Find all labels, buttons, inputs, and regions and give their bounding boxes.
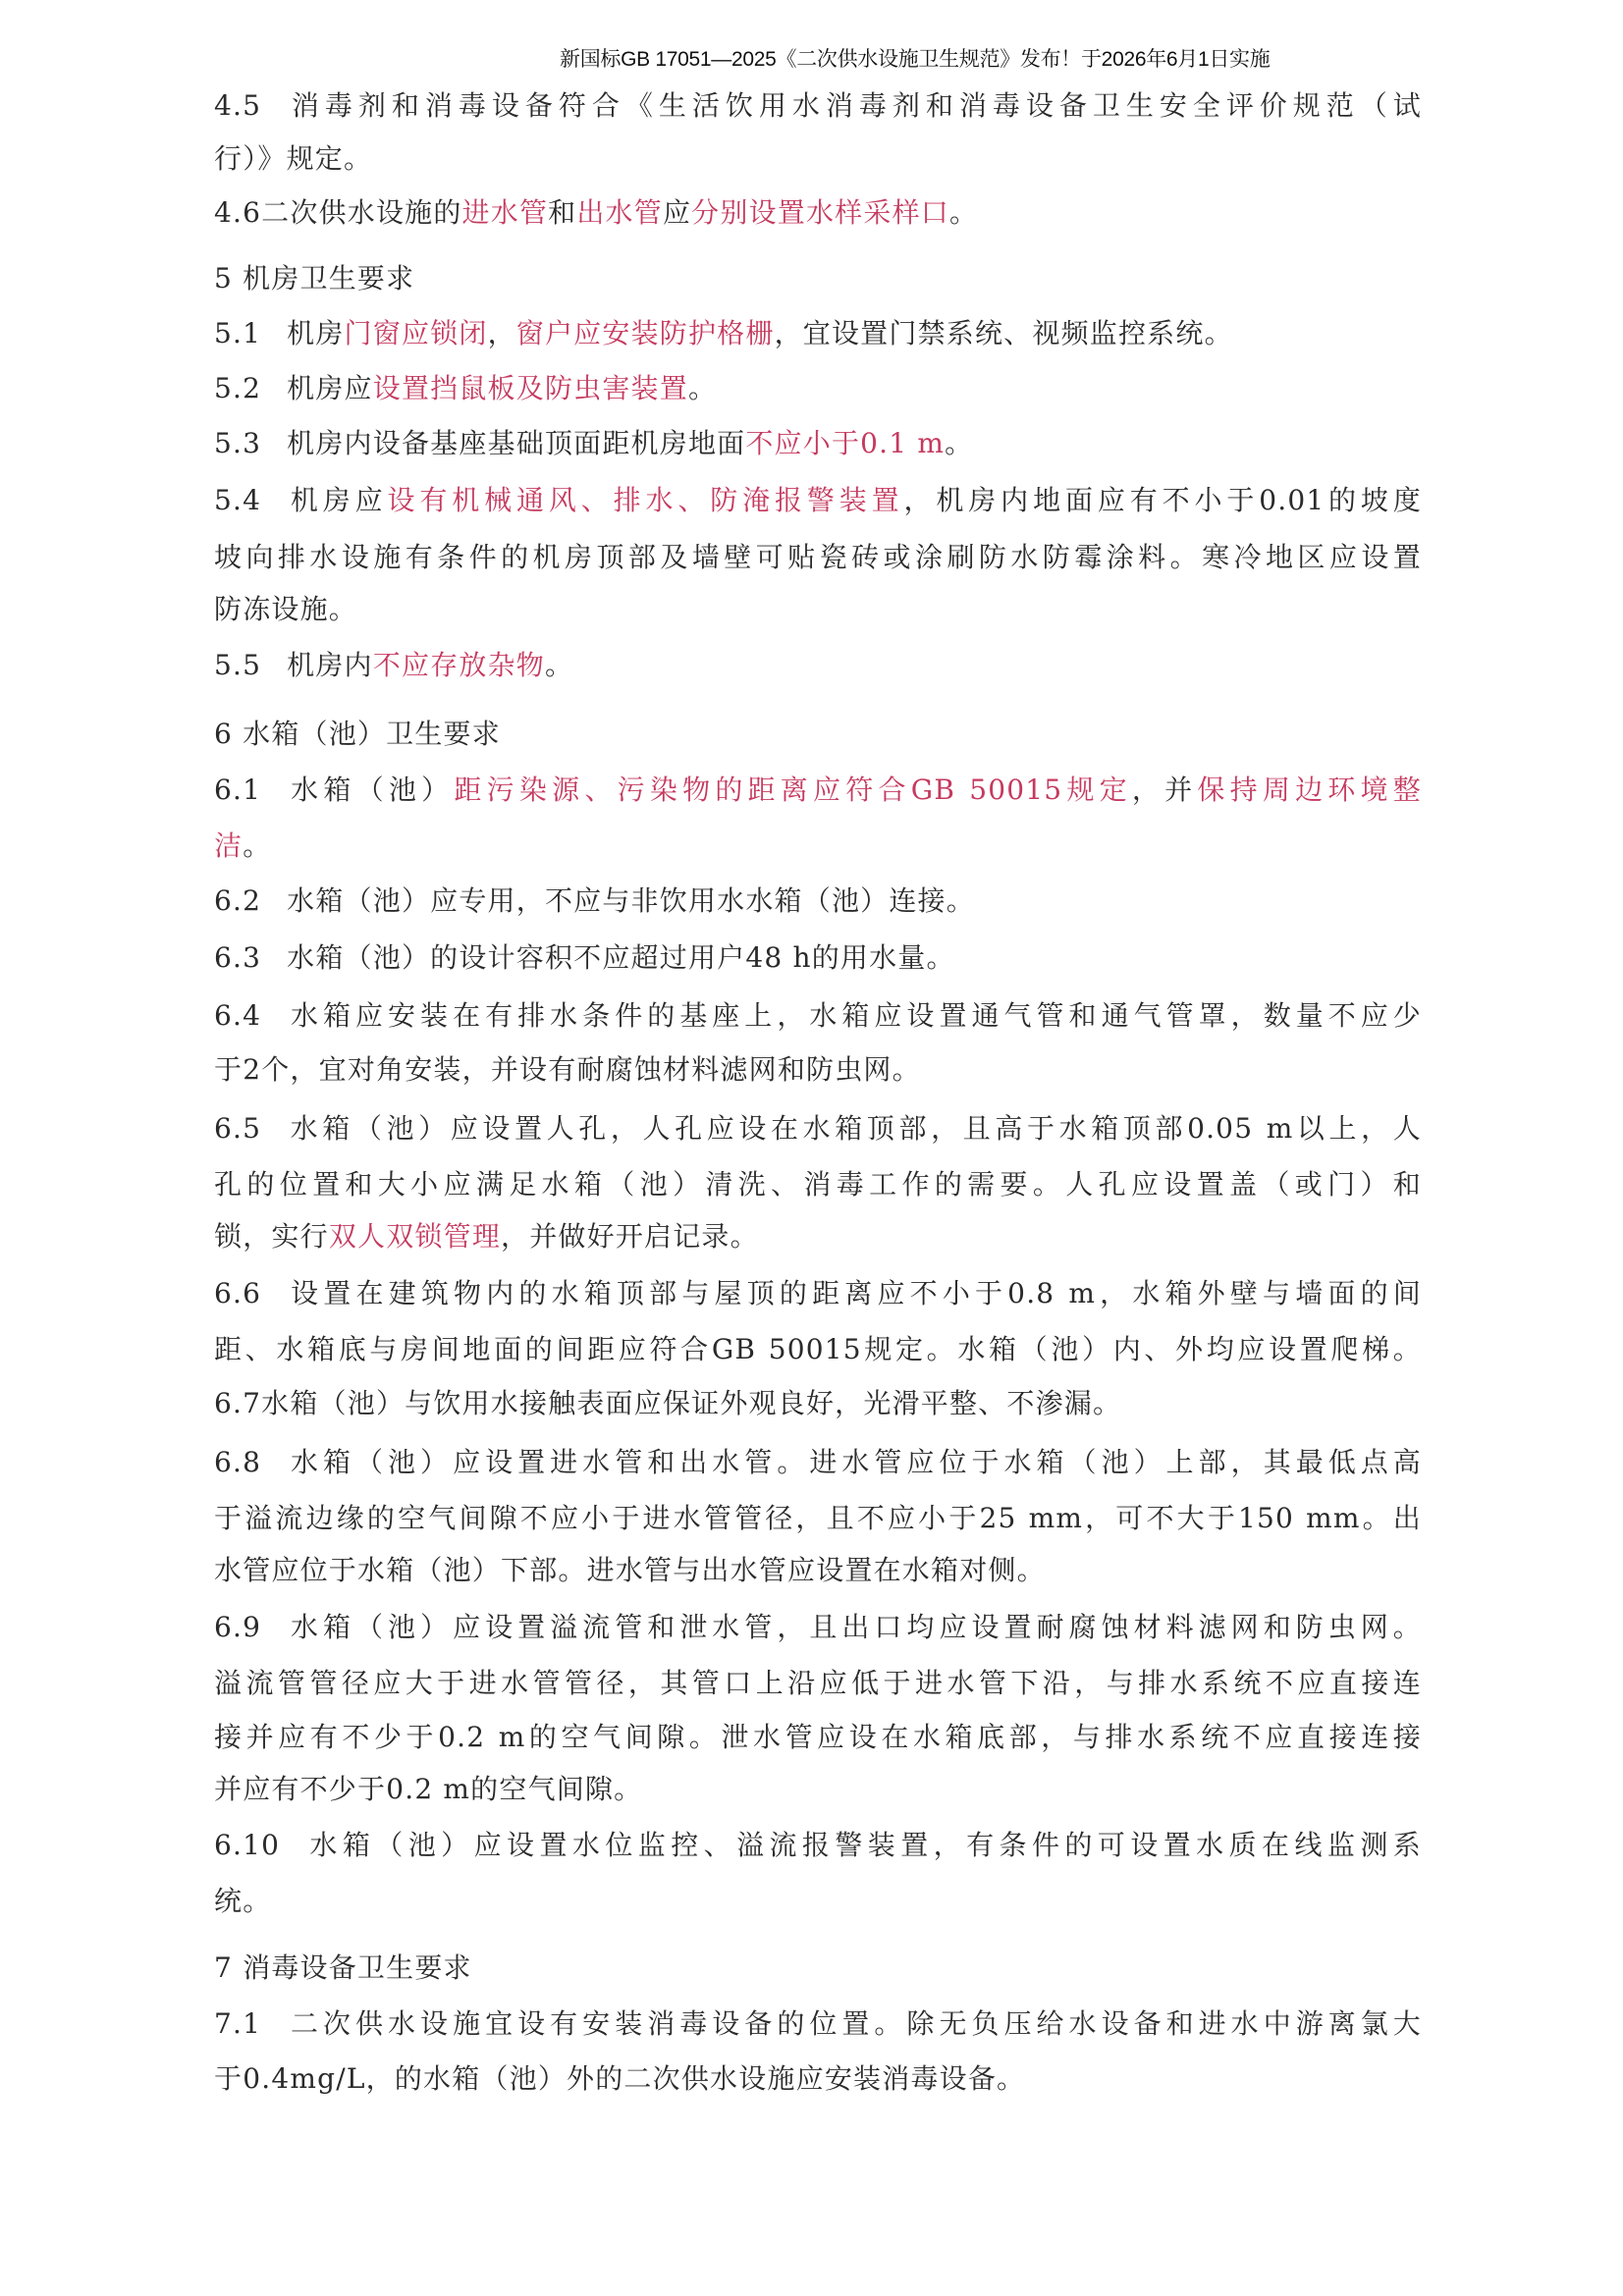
text-segment: 。 (243, 829, 271, 862)
text-segment: ，宜设置门禁系统、视频监控系统。 (775, 317, 1233, 349)
clause-number: 5.1 (214, 317, 261, 349)
text-line: 6 水箱（池）卫生要求 (214, 717, 1422, 752)
text-segment: 水箱（池）的设计容积不应超过用户48 h的用水量。 (287, 941, 955, 974)
text-segment: 锁，实行 (214, 1220, 329, 1253)
clause-number: 4.6 (214, 196, 261, 229)
text-line: 锁，实行双人双锁管理，并做好开启记录。 (214, 1219, 1422, 1255)
text-line: 于0.4mg/L，的水箱（池）外的二次供水设施应安装消毒设备。 (214, 2061, 1422, 2097)
text-line: 于溢流边缘的空气间隙不应小于进水管管径，且不应小于25 mm，可不大于150 m… (214, 1501, 1422, 1536)
text-segment: 。 (688, 372, 717, 404)
text-segment: ，并 (1132, 774, 1197, 806)
text-segment: 行）》规定。 (214, 142, 372, 175)
text-line: 6.2水箱（池）应专用，不应与非饮用水水箱（池）连接。 (214, 883, 1422, 919)
highlighted-text: 出水管 (576, 196, 663, 229)
text-line: 溢流管管径应大于进水管管径，其管口上沿应低于进水管下沿，与排水系统不应直接连 (214, 1666, 1422, 1701)
text-line: 防冻设施。 (214, 592, 1422, 627)
text-line: 5.1机房门窗应锁闭，窗户应安装防护格栅，宜设置门禁系统、视频监控系统。 (214, 316, 1422, 351)
text-line: 孔的位置和大小应满足水箱（池）清洗、消毒工作的需要。人孔应设置盖（或门）和 (214, 1167, 1422, 1202)
text-line: 距、水箱底与房间地面的间距应符合GB 50015规定。水箱（池）内、外均应设置爬… (214, 1332, 1422, 1367)
text-segment: 水箱（池）应设置溢流管和泄水管，且出口均应设置耐腐蚀材料滤网和防虫网。 (287, 1611, 1422, 1643)
highlighted-text: 洁 (214, 829, 243, 862)
highlighted-text: 不应存放杂物 (373, 649, 545, 681)
highlighted-text: 不应小于0.1 m (745, 427, 945, 459)
text-segment: ，机房内地面应有不小于0.01的坡度 (904, 484, 1422, 516)
text-line: 4.6二次供水设施的进水管和出水管应分别设置水样采样口。 (214, 195, 1422, 231)
text-segment: 水管应位于水箱（池）下部。进水管与出水管应设置在水箱对侧。 (214, 1554, 1046, 1586)
text-segment: 防冻设施。 (214, 593, 357, 625)
clause-number: 6.2 (214, 884, 261, 917)
text-line: 6.7水箱（池）与饮用水接触表面应保证外观良好，光滑平整、不渗漏。 (214, 1386, 1422, 1421)
highlighted-text: 保持周边环境整 (1197, 774, 1422, 806)
highlighted-text: 设有机械通风、排水、防淹报警装置 (387, 484, 903, 516)
highlighted-text: 门窗应锁闭 (345, 317, 488, 349)
text-line: 坡向排水设施有条件的机房顶部及墙壁可贴瓷砖或涂刷防水防霉涂料。寒冷地区应设置 (214, 540, 1422, 575)
text-segment: 于0.4mg/L，的水箱（池）外的二次供水设施应安装消毒设备。 (214, 2062, 1025, 2095)
highlighted-text: 距污染源、污染物的距离应符合GB 50015规定 (454, 774, 1131, 806)
text-line: 于2个，宜对角安装，并设有耐腐蚀材料滤网和防虫网。 (214, 1052, 1422, 1088)
text-segment: 水箱（池）应设置人孔，人孔应设在水箱顶部，且高于水箱顶部0.05 m以上，人 (287, 1112, 1422, 1145)
text-line: 6.1水箱（池）距污染源、污染物的距离应符合GB 50015规定，并保持周边环境… (214, 773, 1422, 808)
text-segment: 二次供水设施的 (261, 196, 461, 229)
text-segment: 水箱（池）应设置进水管和出水管。进水管应位于水箱（池）上部，其最低点高 (287, 1446, 1422, 1478)
clause-number: 5.3 (214, 427, 261, 459)
text-segment: 统。 (214, 1885, 271, 1917)
text-segment: 坡向排水设施有条件的机房顶部及墙壁可贴瓷砖或涂刷防水防霉涂料。寒冷地区应设置 (214, 541, 1422, 573)
clause-number: 5.4 (214, 484, 261, 516)
text-segment: 水箱（池）应专用，不应与非饮用水水箱（池）连接。 (287, 884, 975, 917)
clause-number: 6.4 (214, 999, 261, 1032)
highlighted-text: 双人双锁管理 (329, 1220, 501, 1253)
text-line: 4.5消毒剂和消毒设备符合《生活饮用水消毒剂和消毒设备卫生安全评价规范（试 (214, 88, 1422, 124)
text-line: 洁。 (214, 828, 1422, 864)
clause-number: 6.5 (214, 1112, 261, 1145)
clause-number: 6.7 (214, 1387, 261, 1419)
text-segment: 并应有不少于0.2 m的空气间隙。 (214, 1773, 642, 1805)
text-segment: 二次供水设施宜设有安装消毒设备的位置。除无负压给水设备和进水中游离氯大 (287, 2007, 1422, 2040)
text-line: 6.10水箱（池）应设置水位监控、溢流报警装置，有条件的可设置水质在线监测系 (214, 1828, 1422, 1863)
text-segment: 。 (949, 196, 978, 229)
text-line: 5 机房卫生要求 (214, 261, 1422, 296)
text-line: 7.1二次供水设施宜设有安装消毒设备的位置。除无负压给水设备和进水中游离氯大 (214, 2006, 1422, 2042)
clause-number: 6.6 (214, 1277, 261, 1309)
text-segment: ，并做好开启记录。 (501, 1220, 759, 1253)
text-line: 6.8水箱（池）应设置进水管和出水管。进水管应位于水箱（池）上部，其最低点高 (214, 1445, 1422, 1480)
text-line: 5.3机房内设备基座基础顶面距机房地面不应小于0.1 m。 (214, 426, 1422, 461)
text-line: 行）》规定。 (214, 141, 1422, 177)
text-segment: 于溢流边缘的空气间隙不应小于进水管管径，且不应小于25 mm，可不大于150 m… (214, 1502, 1422, 1534)
text-line: 7 消毒设备卫生要求 (214, 1950, 1422, 1986)
text-segment: 5 机房卫生要求 (214, 262, 414, 294)
text-segment: 水箱（池）与饮用水接触表面应保证外观良好，光滑平整、不渗漏。 (261, 1387, 1121, 1419)
highlighted-text: 进水管 (462, 196, 549, 229)
text-segment: 接并应有不少于0.2 m的空气间隙。泄水管应设在水箱底部，与排水系统不应直接连接 (214, 1721, 1422, 1753)
clause-number: 6.3 (214, 941, 261, 974)
text-segment: 机房内 (287, 649, 373, 681)
text-line: 接并应有不少于0.2 m的空气间隙。泄水管应设在水箱底部，与排水系统不应直接连接 (214, 1720, 1422, 1755)
text-segment: 。 (545, 649, 573, 681)
page-header: 新国标GB 17051—2025《二次供水设施卫生规范》发布！于2026年6月1… (0, 43, 1623, 73)
highlighted-text: 设置挡鼠板及防虫害装置 (373, 372, 688, 404)
clause-number: 6.9 (214, 1611, 261, 1643)
text-segment: 消毒剂和消毒设备符合《生活饮用水消毒剂和消毒设备卫生安全评价规范（试 (287, 89, 1422, 122)
clause-number: 6.10 (214, 1829, 280, 1861)
text-segment: 机房应 (287, 484, 387, 516)
text-segment: ， (488, 317, 516, 349)
text-segment: 设置在建筑物内的水箱顶部与屋顶的距离应不小于0.8 m，水箱外壁与墙面的间 (287, 1277, 1422, 1309)
text-segment: 7 消毒设备卫生要求 (214, 1951, 472, 1984)
text-segment: 水箱（池） (287, 774, 454, 806)
text-segment: 水箱应安装在有排水条件的基座上，水箱应设置通气管和通气管罩，数量不应少 (287, 999, 1422, 1032)
text-segment: 机房内设备基座基础顶面距机房地面 (287, 427, 745, 459)
clause-number: 5.2 (214, 372, 261, 404)
clause-number: 6.1 (214, 774, 261, 806)
text-line: 水管应位于水箱（池）下部。进水管与出水管应设置在水箱对侧。 (214, 1553, 1422, 1588)
text-line: 5.2机房应设置挡鼠板及防虫害装置。 (214, 371, 1422, 406)
clause-number: 7.1 (214, 2007, 261, 2040)
text-segment: 应 (663, 196, 691, 229)
text-line: 6.4水箱应安装在有排水条件的基座上，水箱应设置通气管和通气管罩，数量不应少 (214, 998, 1422, 1034)
text-line: 6.3水箱（池）的设计容积不应超过用户48 h的用水量。 (214, 940, 1422, 976)
clause-number: 4.5 (214, 89, 261, 122)
text-line: 统。 (214, 1884, 1422, 1919)
text-segment: 机房应 (287, 372, 373, 404)
text-segment: 溢流管管径应大于进水管管径，其管口上沿应低于进水管下沿，与排水系统不应直接连 (214, 1667, 1422, 1699)
text-segment: 水箱（池）应设置水位监控、溢流报警装置，有条件的可设置水质在线监测系 (305, 1829, 1422, 1861)
highlighted-text: 窗户应安装防护格栅 (516, 317, 775, 349)
text-segment: 机房 (287, 317, 344, 349)
text-segment: 距、水箱底与房间地面的间距应符合GB 50015规定。水箱（池）内、外均应设置爬… (214, 1333, 1422, 1365)
text-segment: 。 (945, 427, 973, 459)
clause-number: 6.8 (214, 1446, 261, 1478)
text-segment: 6 水箱（池）卫生要求 (214, 718, 501, 750)
text-line: 5.4机房应设有机械通风、排水、防淹报警装置，机房内地面应有不小于0.01的坡度 (214, 483, 1422, 518)
text-line: 6.9水箱（池）应设置溢流管和泄水管，且出口均应设置耐腐蚀材料滤网和防虫网。 (214, 1610, 1422, 1645)
text-segment: 于2个，宜对角安装，并设有耐腐蚀材料滤网和防虫网。 (214, 1053, 921, 1086)
clause-number: 5.5 (214, 649, 261, 681)
text-line: 6.6设置在建筑物内的水箱顶部与屋顶的距离应不小于0.8 m，水箱外壁与墙面的间 (214, 1276, 1422, 1311)
text-line: 并应有不少于0.2 m的空气间隙。 (214, 1772, 1422, 1807)
text-segment: 孔的位置和大小应满足水箱（池）清洗、消毒工作的需要。人孔应设置盖（或门）和 (214, 1168, 1422, 1201)
text-line: 5.5机房内不应存放杂物。 (214, 648, 1422, 683)
text-line: 6.5水箱（池）应设置人孔，人孔应设在水箱顶部，且高于水箱顶部0.05 m以上，… (214, 1111, 1422, 1147)
text-segment: 和 (548, 196, 576, 229)
highlighted-text: 分别设置水样采样口 (691, 196, 949, 229)
